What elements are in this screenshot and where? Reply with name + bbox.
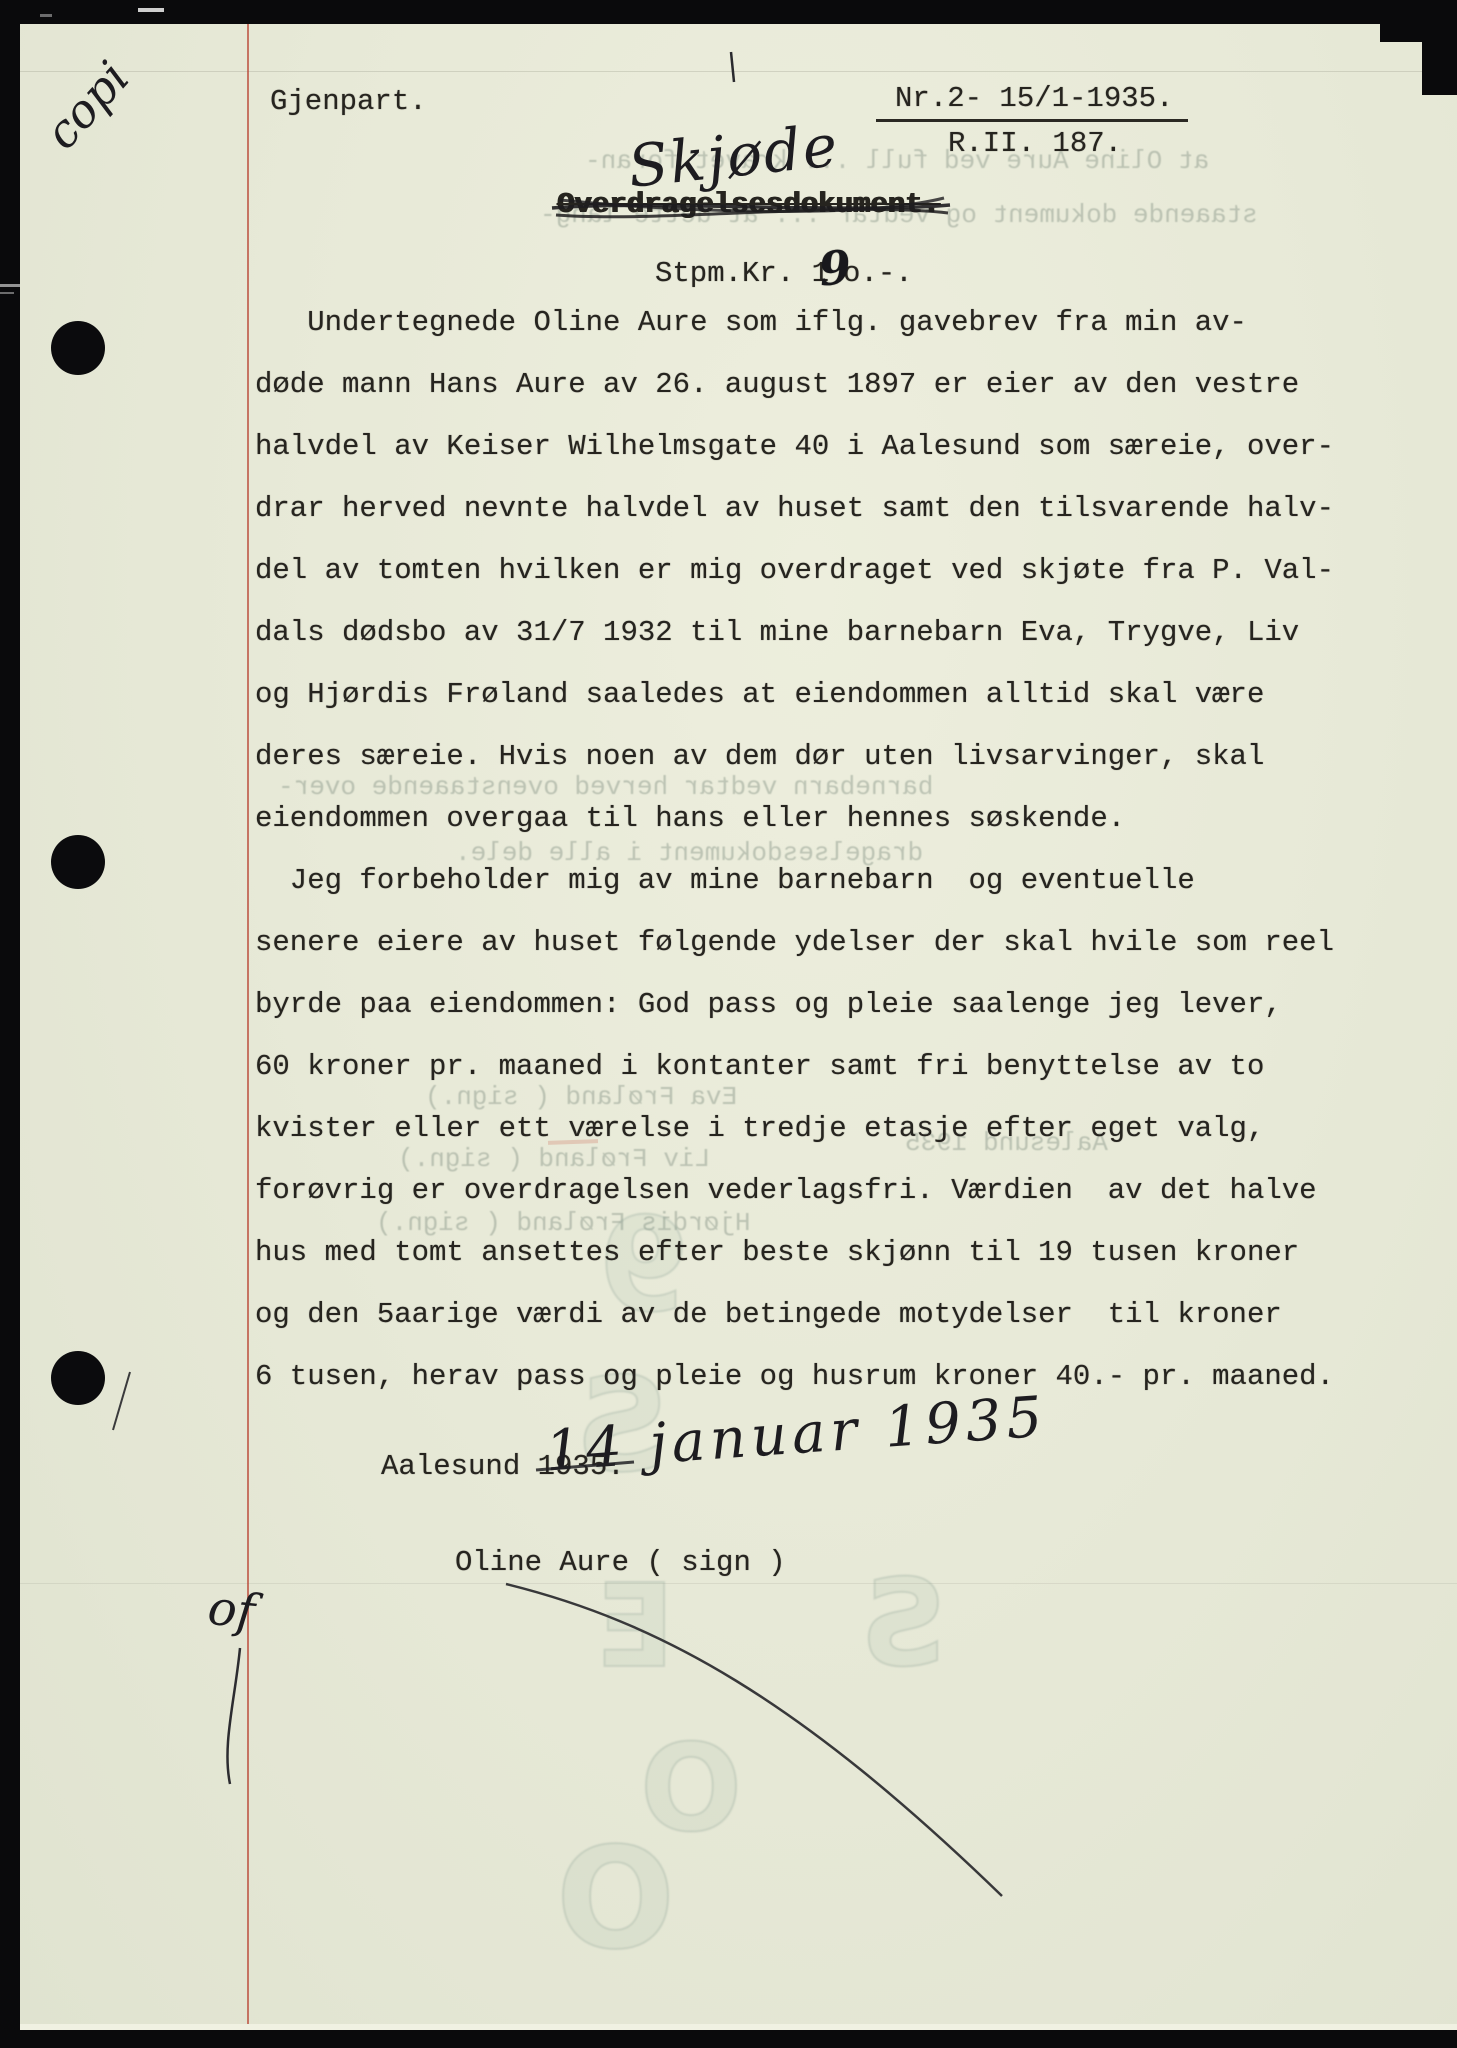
scan-border-top [0, 0, 1457, 24]
body-line: del av tomten hvilken er mig overdraget … [255, 554, 1334, 616]
document-body: Undertegnede Oline Aure som iflg. gavebr… [255, 306, 1334, 1422]
stamp-duty-prefix: Stpm.Kr. 1 [655, 257, 829, 290]
scan-line [20, 71, 1457, 72]
body-line: drar herved nevnte halvdel av huset samt… [255, 492, 1334, 554]
struck-title: Overdragelsesdokument. [557, 188, 940, 221]
body-line: 60 kroner pr. maaned i kontanter samt fr… [255, 1050, 1334, 1112]
body-line: byrde paa eiendommen: God pass og pleie … [255, 988, 1334, 1050]
body-line: senere eiere av huset følgende ydelser d… [255, 926, 1334, 988]
scan-scratch [138, 8, 164, 12]
body-line: halvdel av Keiser Wilhelmsgate 40 i Aale… [255, 430, 1334, 492]
body-line: dals dødsbo av 31/7 1932 til mine barneb… [255, 616, 1334, 678]
scan-corner-shadow [1422, 0, 1457, 95]
bleedthrough-stamp-letter: O [556, 1830, 675, 1970]
punch-hole [51, 321, 105, 375]
document-number: Nr.2- 15/1-1935. [895, 82, 1173, 115]
document-number-underline [876, 119, 1188, 122]
body-line: Undertegnede Oline Aure som iflg. gavebr… [255, 306, 1334, 368]
body-line: eiendommen overgaa til hans eller hennes… [255, 802, 1334, 864]
punch-hole [51, 835, 105, 889]
scanned-document-page: at Oline Aure ved full ... kravet foran-… [0, 0, 1457, 2048]
scan-scratch [0, 292, 14, 294]
handwritten-digit: 9 [816, 239, 853, 296]
stamp-duty-line: Stpm.Kr. 19o.-. [655, 238, 913, 292]
body-line: og den 5aarige værdi av de betingede mot… [255, 1298, 1334, 1360]
bleedthrough-stamp-letter: S [860, 1565, 946, 1685]
body-line: Jeg forbeholder mig av mine barnebarn og… [255, 864, 1334, 926]
margin-ruled-line [247, 24, 249, 2030]
scan-border-bottom [0, 2030, 1457, 2048]
copy-label: Gjenpart. [270, 85, 427, 118]
bleedthrough-stamp-letter: E [596, 1570, 675, 1685]
body-line: forøvrig er overdragelsen vederlagsfri. … [255, 1174, 1334, 1236]
scan-border-left [0, 0, 20, 2048]
stamp-duty-suffix: o.-. [843, 257, 913, 290]
body-line: hus med tomt ansettes efter beste skjønn… [255, 1236, 1334, 1298]
margin-mark: of [205, 1580, 257, 1641]
punch-hole [51, 1351, 105, 1405]
body-line: kvister eller ett værelse i tredje etasj… [255, 1112, 1334, 1174]
signature-typed: Oline Aure ( sign ) [455, 1546, 786, 1579]
scan-scratch [40, 14, 52, 17]
scan-scratch [0, 284, 20, 287]
body-line: døde mann Hans Aure av 26. august 1897 e… [255, 368, 1334, 430]
register-reference: R.II. 187. [948, 127, 1122, 160]
body-line: deres særeie. Hvis noen av dem dør uten … [255, 740, 1334, 802]
body-line: og Hjørdis Frøland saaledes at eiendomme… [255, 678, 1334, 740]
